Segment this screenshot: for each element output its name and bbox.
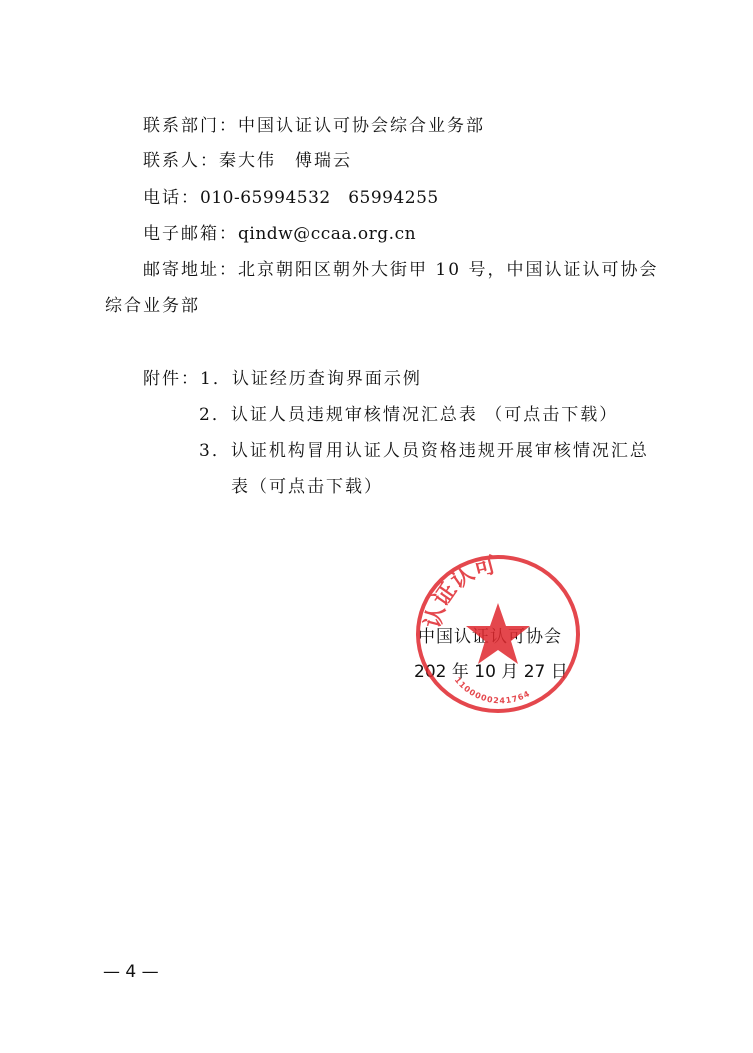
attachment-3-download-link-line2[interactable]: 表（可点击下载） (231, 477, 383, 497)
contact-department-label: 联系部门： (143, 116, 238, 136)
contact-phone-value: 010-65994532 65994255 (200, 188, 439, 208)
contact-person-value: 秦大伟 傅瑞云 (219, 151, 352, 171)
attachment-1-num: 1． (200, 369, 232, 389)
contact-email-value[interactable]: qindw@ccaa.org.cn (238, 224, 416, 244)
attachments-label: 附件： (143, 369, 200, 389)
attachment-3[interactable]: 3．认证机构冒用认证人员资格违规开展审核情况汇总 (199, 440, 649, 462)
official-seal-icon: 认证认可 1100000241764 (413, 553, 583, 715)
contact-department: 联系部门：中国认证认可协会综合业务部 (143, 115, 485, 137)
attachment-2[interactable]: 2．认证人员违规审核情况汇总表 （可点击下载） (199, 404, 618, 426)
attachment-3-line2[interactable]: 表（可点击下载） (231, 476, 383, 498)
attachment-3-download-link[interactable]: 认证机构冒用认证人员资格违规开展审核情况汇总 (231, 441, 649, 461)
contact-department-value: 中国认证认可协会综合业务部 (238, 116, 485, 136)
contact-person: 联系人：秦大伟 傅瑞云 (143, 150, 352, 172)
attachment-2-num: 2． (199, 405, 231, 425)
contact-email-label: 电子邮箱： (143, 224, 238, 244)
contact-phone-label: 电话： (143, 188, 200, 208)
attachment-2-download-link[interactable]: 认证人员违规审核情况汇总表 （可点击下载） (231, 405, 618, 425)
attachment-3-num: 3． (199, 441, 231, 461)
contact-address-label: 邮寄地址： (143, 260, 238, 280)
contact-person-label: 联系人： (143, 151, 219, 171)
contact-address-line2: 综合业务部 (105, 295, 200, 317)
contact-address-value: 北京朝阳区朝外大街甲 10 号，中国认证认可协会 (238, 260, 658, 280)
seal-code: 1100000241764 (453, 675, 532, 705)
svg-text:1100000241764: 1100000241764 (453, 675, 532, 705)
contact-email: 电子邮箱：qindw@ccaa.org.cn (143, 223, 416, 245)
attachment-1: 附件：1．认证经历查询界面示例 (143, 368, 422, 390)
contact-address: 邮寄地址：北京朝阳区朝外大街甲 10 号，中国认证认可协会 (143, 259, 658, 281)
page-number: — 4 — (103, 961, 159, 983)
contact-phone: 电话：010-65994532 65994255 (143, 187, 439, 209)
attachment-1-text: 认证经历查询界面示例 (232, 369, 422, 389)
